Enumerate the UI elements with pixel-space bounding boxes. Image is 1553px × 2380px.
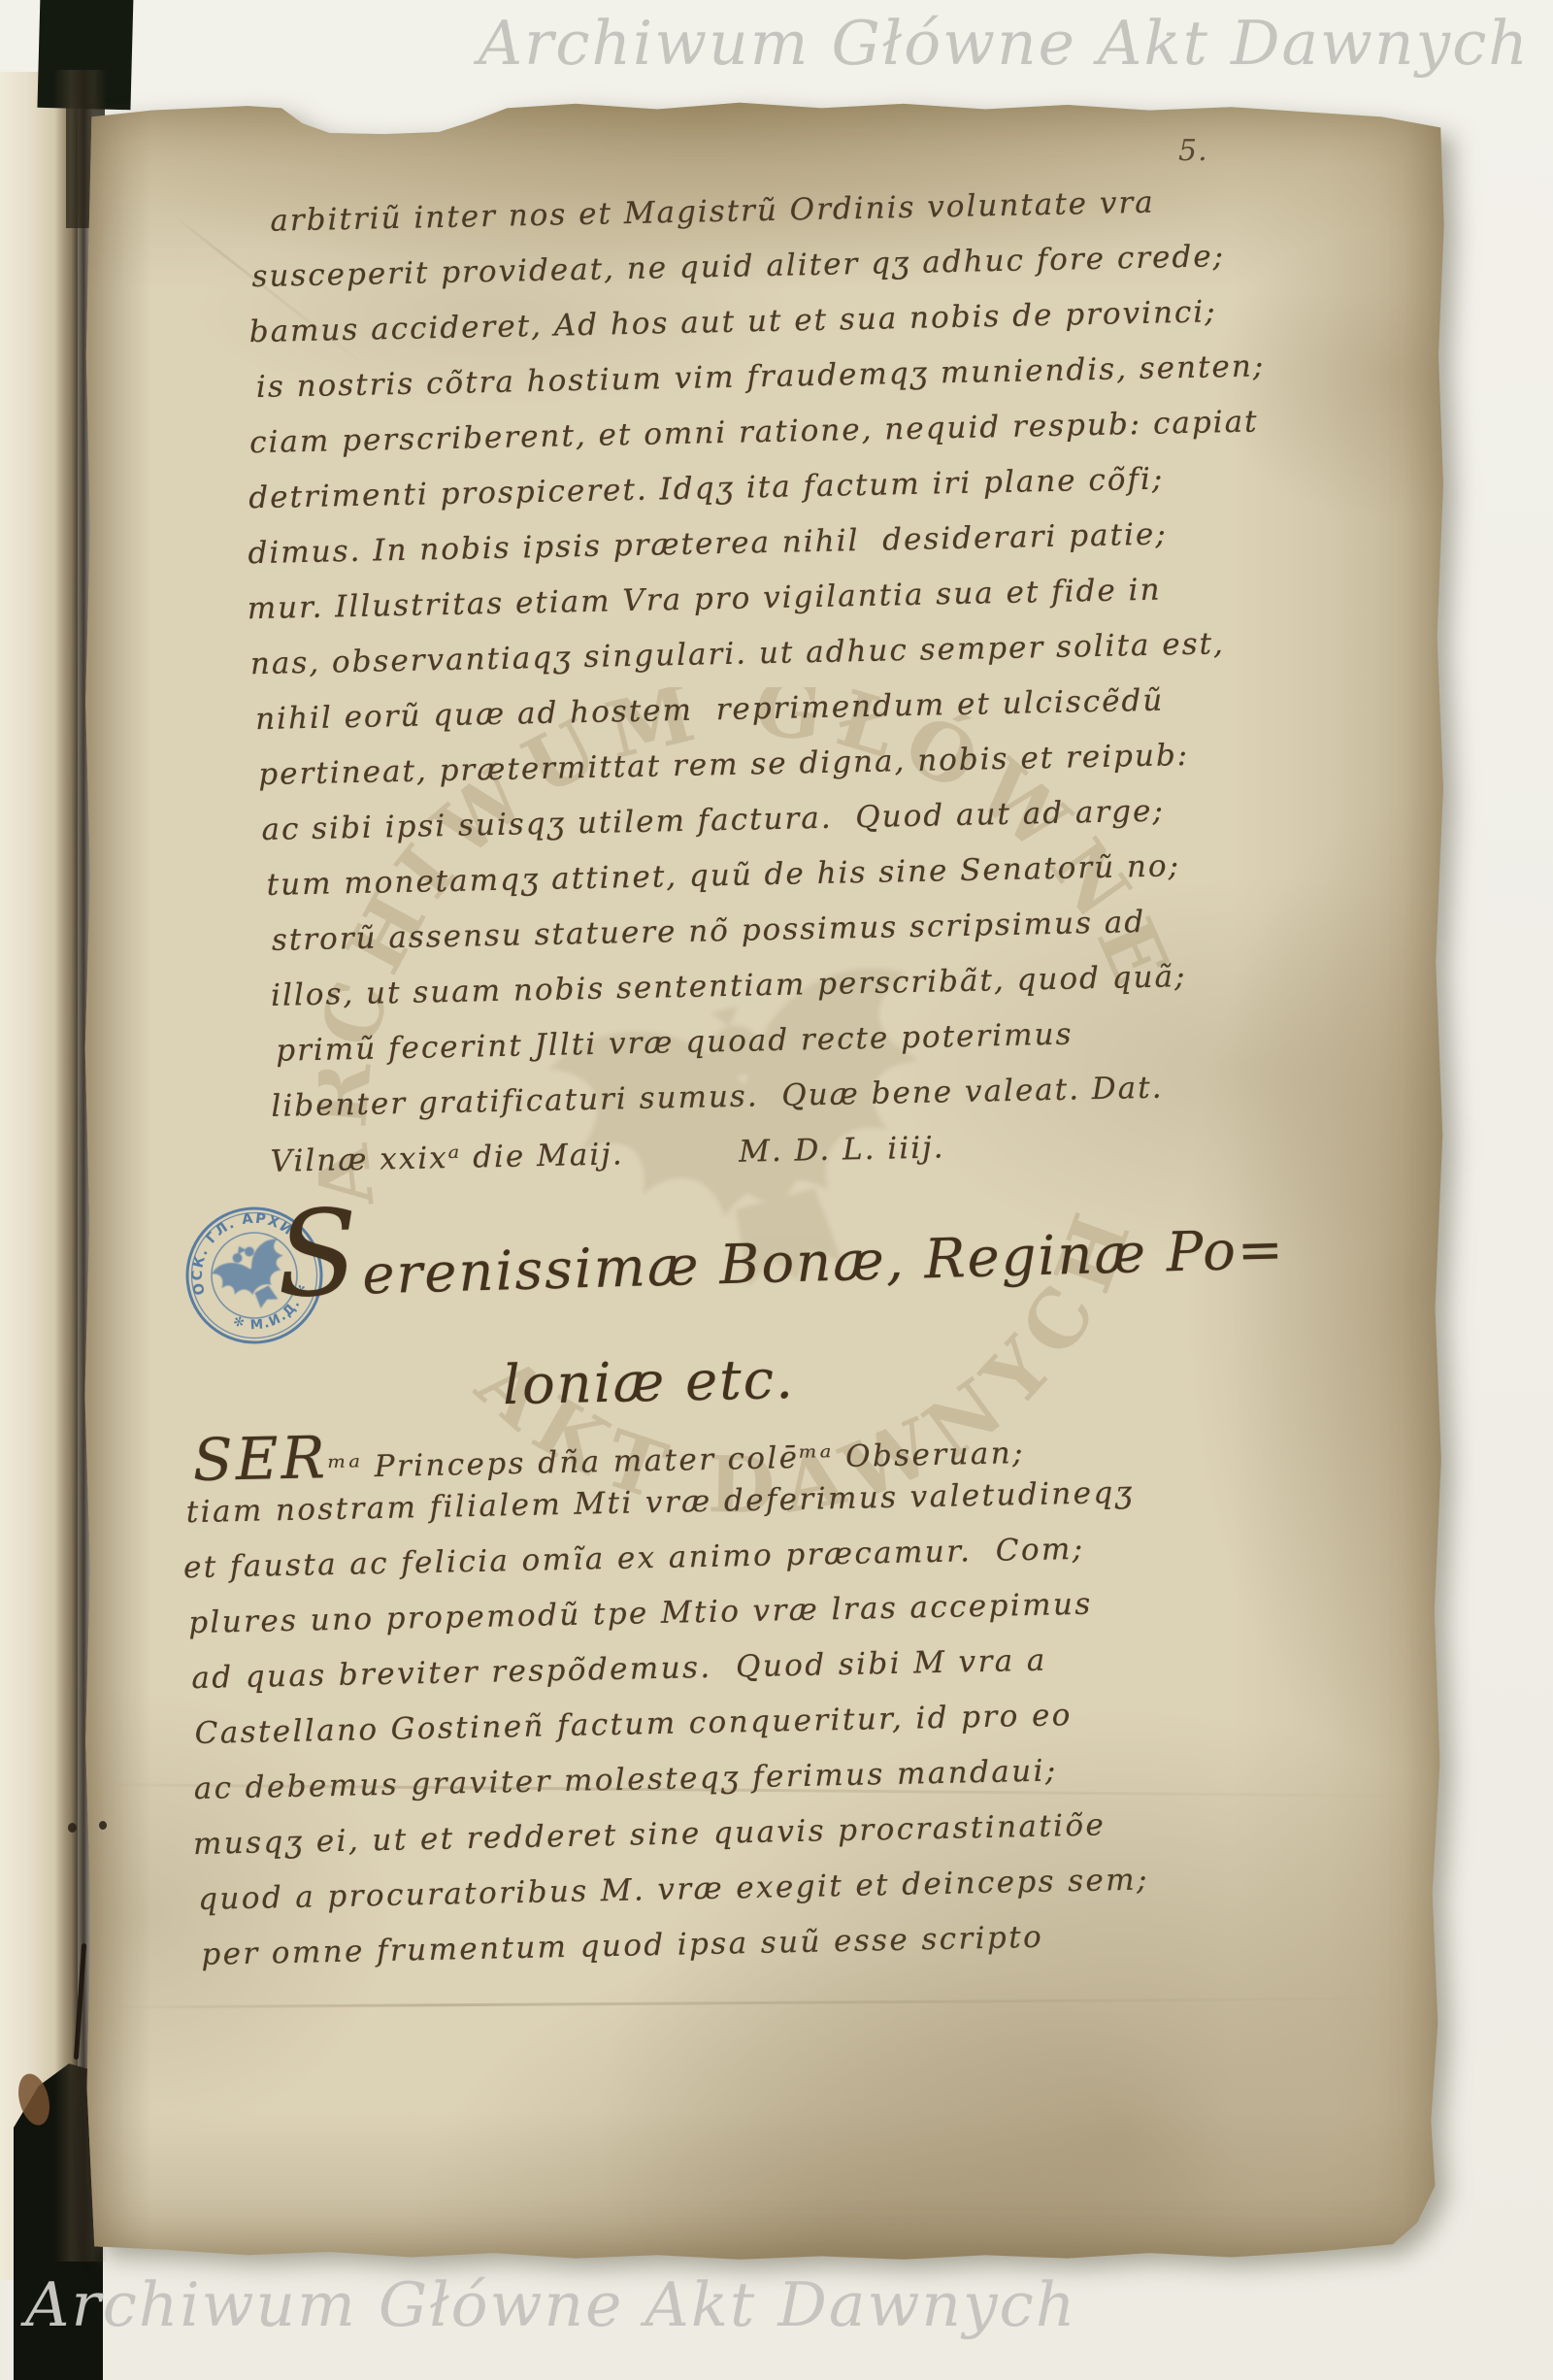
manuscript-line: detrimenti prospiceret. Idqʒ ita factum … [248,461,1165,515]
heading-line-1: erenissimæ Bonæ, Reginæ Po= [361,1218,1285,1307]
manuscript-line: arbitriũ inter nos et Magistrũ Ordinis v… [270,185,1155,239]
heading-drop-cap: S [276,1211,359,1299]
manuscript-page: ARCHIWUM GŁÓWNE AKT DAWNYCH [83,95,1450,2262]
manuscript-line: ac debemus graviter molesteqʒ ferimus ma… [193,1753,1058,1806]
manuscript-line: susceperit provideat, ne quid aliter qʒ … [251,239,1225,294]
manuscript-scan: ARCHIWUM GŁÓWNE AKT DAWNYCH [0,0,1553,2380]
manuscript-line: nihil eorũ quæ ad hostem reprimendum et … [255,683,1165,738]
manuscript-line: plures uno propemodũ tpe Mtio vræ lras a… [188,1587,1093,1641]
salutation-rest: ᵐᵃ Princeps dña mater colēᵐᵃ Obseruan; [328,1436,1026,1485]
letter-2-text-block: SER ᵐᵃ Princeps dña mater colēᵐᵃ Obserua… [192,1403,1349,2009]
manuscript-line: per omne frumentum quod ipsa suũ esse sc… [201,1920,1044,1972]
page-wrap: ARCHIWUM GŁÓWNE AKT DAWNYCH [0,0,1553,2380]
manuscript-line: musqʒ ei, ut et redderet sine quavis pro… [193,1807,1107,1862]
manuscript-line: libenter gratificaturi sumus. Quæ bene v… [271,1071,1164,1124]
archive-watermark-bottom: Archiwum Główne Akt Dawnych [25,2269,1076,2340]
manuscript-line: ad quas breviter respõdemus. Quod sibi M… [191,1643,1047,1696]
folio-number: 5. [1178,134,1208,168]
manuscript-line: pertineat, prætermittat rem se digna, no… [258,738,1190,792]
manuscript-line: tum monetamqʒ attinet, quũ de his sine S… [266,848,1180,903]
manuscript-line: Vilnæ xxixᵃ die Maij. M. D. L. iiij. [270,1130,945,1179]
manuscript-line: et fausta ac felicia omĩa ex animo præca… [183,1532,1085,1585]
manuscript-line: primũ fecerint Jllti vræ quoad recte pot… [276,1017,1074,1069]
manuscript-line: ciam perscriberent, et omni ratione, neq… [249,404,1259,460]
heading-line-2: loniæ etc. [502,1348,795,1417]
manuscript-line: ac sibi ipsi suisqʒ utilem factura. Quod… [261,794,1165,847]
letter-1-text-block: arbitriũ inter nos et Magistrũ Ordinis v… [256,181,1384,1233]
archive-watermark-top: Archiwum Główne Akt Dawnych [479,8,1530,79]
manuscript-line: strorũ assensu statuere nõ possimus scri… [272,905,1146,958]
manuscript-line: nas, observantiaqʒ singulari. ut adhuc s… [250,626,1226,681]
salutation-initials: SER [192,1424,329,1495]
manuscript-line: Castellano Gostineñ factum conqueritur, … [194,1698,1073,1751]
manuscript-line: illos, ut suam nobis sententiam perscrib… [271,959,1187,1013]
manuscript-line: bamus accideret, Ad hos aut ut et sua no… [248,294,1217,349]
manuscript-line: is nostris cõtra hostium vim fraudemqʒ m… [256,348,1266,405]
sewing-hole [99,1821,107,1830]
manuscript-line: mur. Illustritas etiam Vra pro vigilanti… [247,573,1161,627]
manuscript-line: quod a procuratoribus M. vræ exegit et d… [198,1862,1149,1917]
manuscript-line: dimus. In nobis ipsis præterea nihil des… [248,516,1168,571]
sewing-hole [68,1823,77,1833]
